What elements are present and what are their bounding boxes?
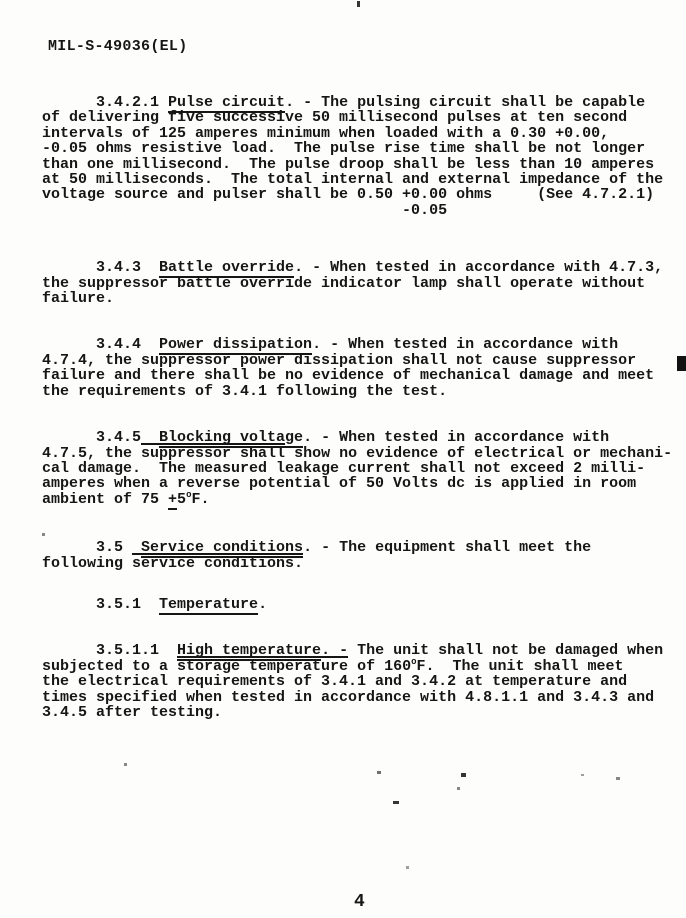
scan-speck — [461, 773, 466, 777]
text-line: -0.05 — [42, 203, 674, 218]
text-line: 3.4.5 Blocking voltage. - When tested in… — [42, 430, 674, 445]
scan-speck — [357, 1, 360, 7]
text-line: the electrical requirements of 3.4.1 and… — [42, 674, 674, 689]
text-line: at 50 milliseconds. The total internal a… — [42, 172, 674, 187]
para-3-4-4: 3.4.4 Power dissipation. - When tested i… — [42, 337, 674, 399]
underlined-text: Temperature — [159, 596, 258, 615]
text-segment: 3.4.5 after testing. — [42, 704, 222, 721]
scan-speck — [377, 771, 381, 774]
text-segment: -0.05 — [42, 202, 447, 219]
edge-ink-mark — [677, 356, 686, 371]
text-line: -0.05 ohms resistive load. The pulse ris… — [42, 141, 674, 156]
text-line: of delivering five successive 50 millise… — [42, 110, 674, 125]
text-line: 3.4.2.1 Pulse circuit. - The pulsing cir… — [42, 95, 674, 110]
text-line: the suppressor battle override indicator… — [42, 276, 674, 291]
text-segment: the requirements of 3.4.1 following the … — [42, 383, 447, 400]
strike-artifact-text: storage temperature — [177, 656, 348, 675]
document-body: 3.4.2.1 Pulse circuit. - The pulsing cir… — [42, 95, 674, 720]
scan-speck — [581, 774, 584, 776]
text-segment: . - The equipment shall meet the — [303, 539, 591, 556]
scan-speck — [457, 787, 460, 790]
text-line: voltage source and pulser shall be 0.50 … — [42, 187, 674, 202]
scan-speck — [42, 533, 45, 536]
text-line: ambient of 75 +5oF. — [42, 492, 674, 507]
text-segment: . — [258, 596, 267, 613]
text-line: 3.4.5 after testing. — [42, 705, 674, 720]
scan-speck — [406, 866, 409, 869]
text-line: subjected to a storage temperature of 16… — [42, 659, 674, 674]
text-line: amperes when a reverse potential of 50 V… — [42, 476, 674, 491]
text-line: 3.5.1.1 High temperature. - The unit sha… — [42, 643, 674, 658]
text-line: 4.7.5, the suppressor shall show no evid… — [42, 446, 674, 461]
text-line: 3.4.3 Battle override. - When tested in … — [42, 260, 674, 275]
underlined-text: + — [168, 491, 177, 510]
text-line: 3.5.1 Temperature. — [42, 597, 674, 612]
text-line: 4.7.4, the suppressor power dissipation … — [42, 353, 674, 368]
para-3-4-2-1: 3.4.2.1 Pulse circuit. - The pulsing cir… — [42, 95, 674, 218]
text-line: than one millisecond. The pulse droop sh… — [42, 157, 674, 172]
text-segment: ambient of 75 — [42, 491, 168, 508]
para-3-5-1: 3.5.1 Temperature. — [42, 597, 674, 612]
scan-speck — [616, 777, 620, 780]
text-segment: 5 — [177, 491, 186, 508]
text-line: times specified when tested in accordanc… — [42, 690, 674, 705]
strike-artifact-text: service conditions. — [132, 553, 303, 572]
text-line: 3.4.4 Power dissipation. - When tested i… — [42, 337, 674, 352]
text-line: intervals of 125 amperes minimum when lo… — [42, 126, 674, 141]
para-3-4-3: 3.4.3 Battle override. - When tested in … — [42, 260, 674, 306]
scan-speck — [124, 763, 127, 766]
para-3-4-5: 3.4.5 Blocking voltage. - When tested in… — [42, 430, 674, 507]
text-segment: the suppressor battle override indicator… — [42, 275, 645, 292]
document-id: MIL-S-49036(EL) — [48, 0, 686, 56]
scan-speck — [393, 801, 399, 804]
text-line: cal damage. The measured leakage current… — [42, 461, 674, 476]
text-line: failure. — [42, 291, 674, 306]
document-page: MIL-S-49036(EL) 3.4.2.1 Pulse circuit. -… — [0, 0, 686, 918]
para-3-5: 3.5 Service conditions. - The equipment … — [42, 540, 674, 571]
text-segment: failure. — [42, 290, 114, 307]
text-segment: following — [42, 555, 132, 572]
text-line: following service conditions. — [42, 556, 674, 571]
page-number: 4 — [354, 892, 365, 912]
para-3-5-1-1: 3.5.1.1 High temperature. - The unit sha… — [42, 643, 674, 720]
text-segment: 3.5.1 — [42, 596, 159, 613]
text-segment: F. — [191, 491, 209, 508]
text-line: failure and there shall be no evidence o… — [42, 368, 674, 383]
strike-artifact-text: suppressor shall — [141, 443, 285, 462]
text-line: the requirements of 3.4.1 following the … — [42, 384, 674, 399]
